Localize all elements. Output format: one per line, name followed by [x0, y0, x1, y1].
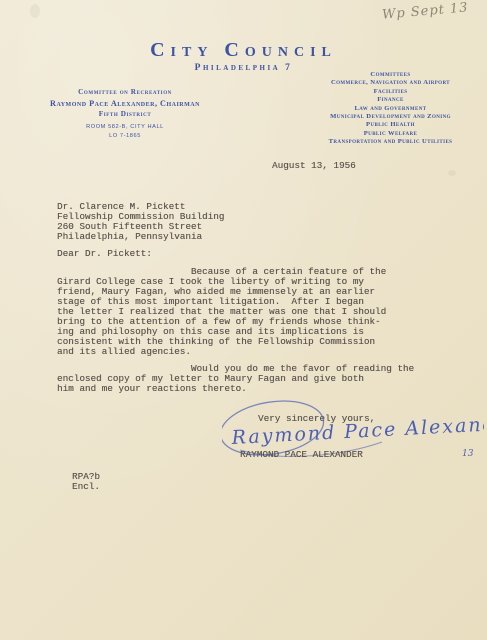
body-paragraph-2: Would you do me the favor of reading the…	[57, 364, 414, 394]
date-line: August 13, 1956	[272, 161, 356, 171]
signature-margin-mark: 13	[462, 449, 474, 459]
letter-page: Wp Sept 13 City Council Philadelphia 7 C…	[0, 0, 487, 640]
letterhead-left-block: Committee on Recreation Raymond Pace Ale…	[25, 87, 225, 140]
enclosure-notation: Encl.	[72, 482, 100, 492]
committee-line: Commerce, Navigation and Airport	[298, 79, 483, 87]
committee-line: Public Health	[298, 121, 483, 129]
committees-heading: Committees	[298, 71, 483, 79]
committee-line: Municipal Development and Zoning	[298, 113, 483, 121]
signature-script: Raymond Pace Alexander	[230, 412, 484, 449]
committee-line: Transportation and Public Utilities	[298, 138, 483, 146]
committee-line: Public Welfare	[298, 130, 483, 138]
salutation: Dear Dr. Pickett:	[57, 249, 152, 259]
letterhead-title: City Council	[0, 39, 487, 62]
paper-blemish	[448, 170, 456, 176]
committee-line: Law and Government	[298, 105, 483, 113]
letterhead-committees-block: Committees Commerce, Navigation and Airp…	[298, 71, 483, 147]
district-line: Fifth District	[25, 109, 225, 120]
paper-blemish	[30, 4, 40, 18]
committee-line: Finance	[298, 96, 483, 104]
recipient-address: Dr. Clarence M. Pickett Fellowship Commi…	[57, 202, 224, 242]
handwritten-annotation: Wp Sept 13	[382, 0, 470, 22]
phone-line: LO 7-1865	[25, 132, 225, 141]
committee-name: Committee on Recreation	[25, 87, 225, 98]
committee-line: Facilities	[298, 88, 483, 96]
body-paragraph-1: Because of a certain feature of the Gira…	[57, 267, 386, 357]
chairman-name: Raymond Pace Alexander, Chairman	[25, 98, 225, 109]
typed-signature-name: RAYMOND PACE ALEXANDER	[240, 450, 363, 460]
room-line: Room 582-B, City Hall	[25, 123, 225, 132]
